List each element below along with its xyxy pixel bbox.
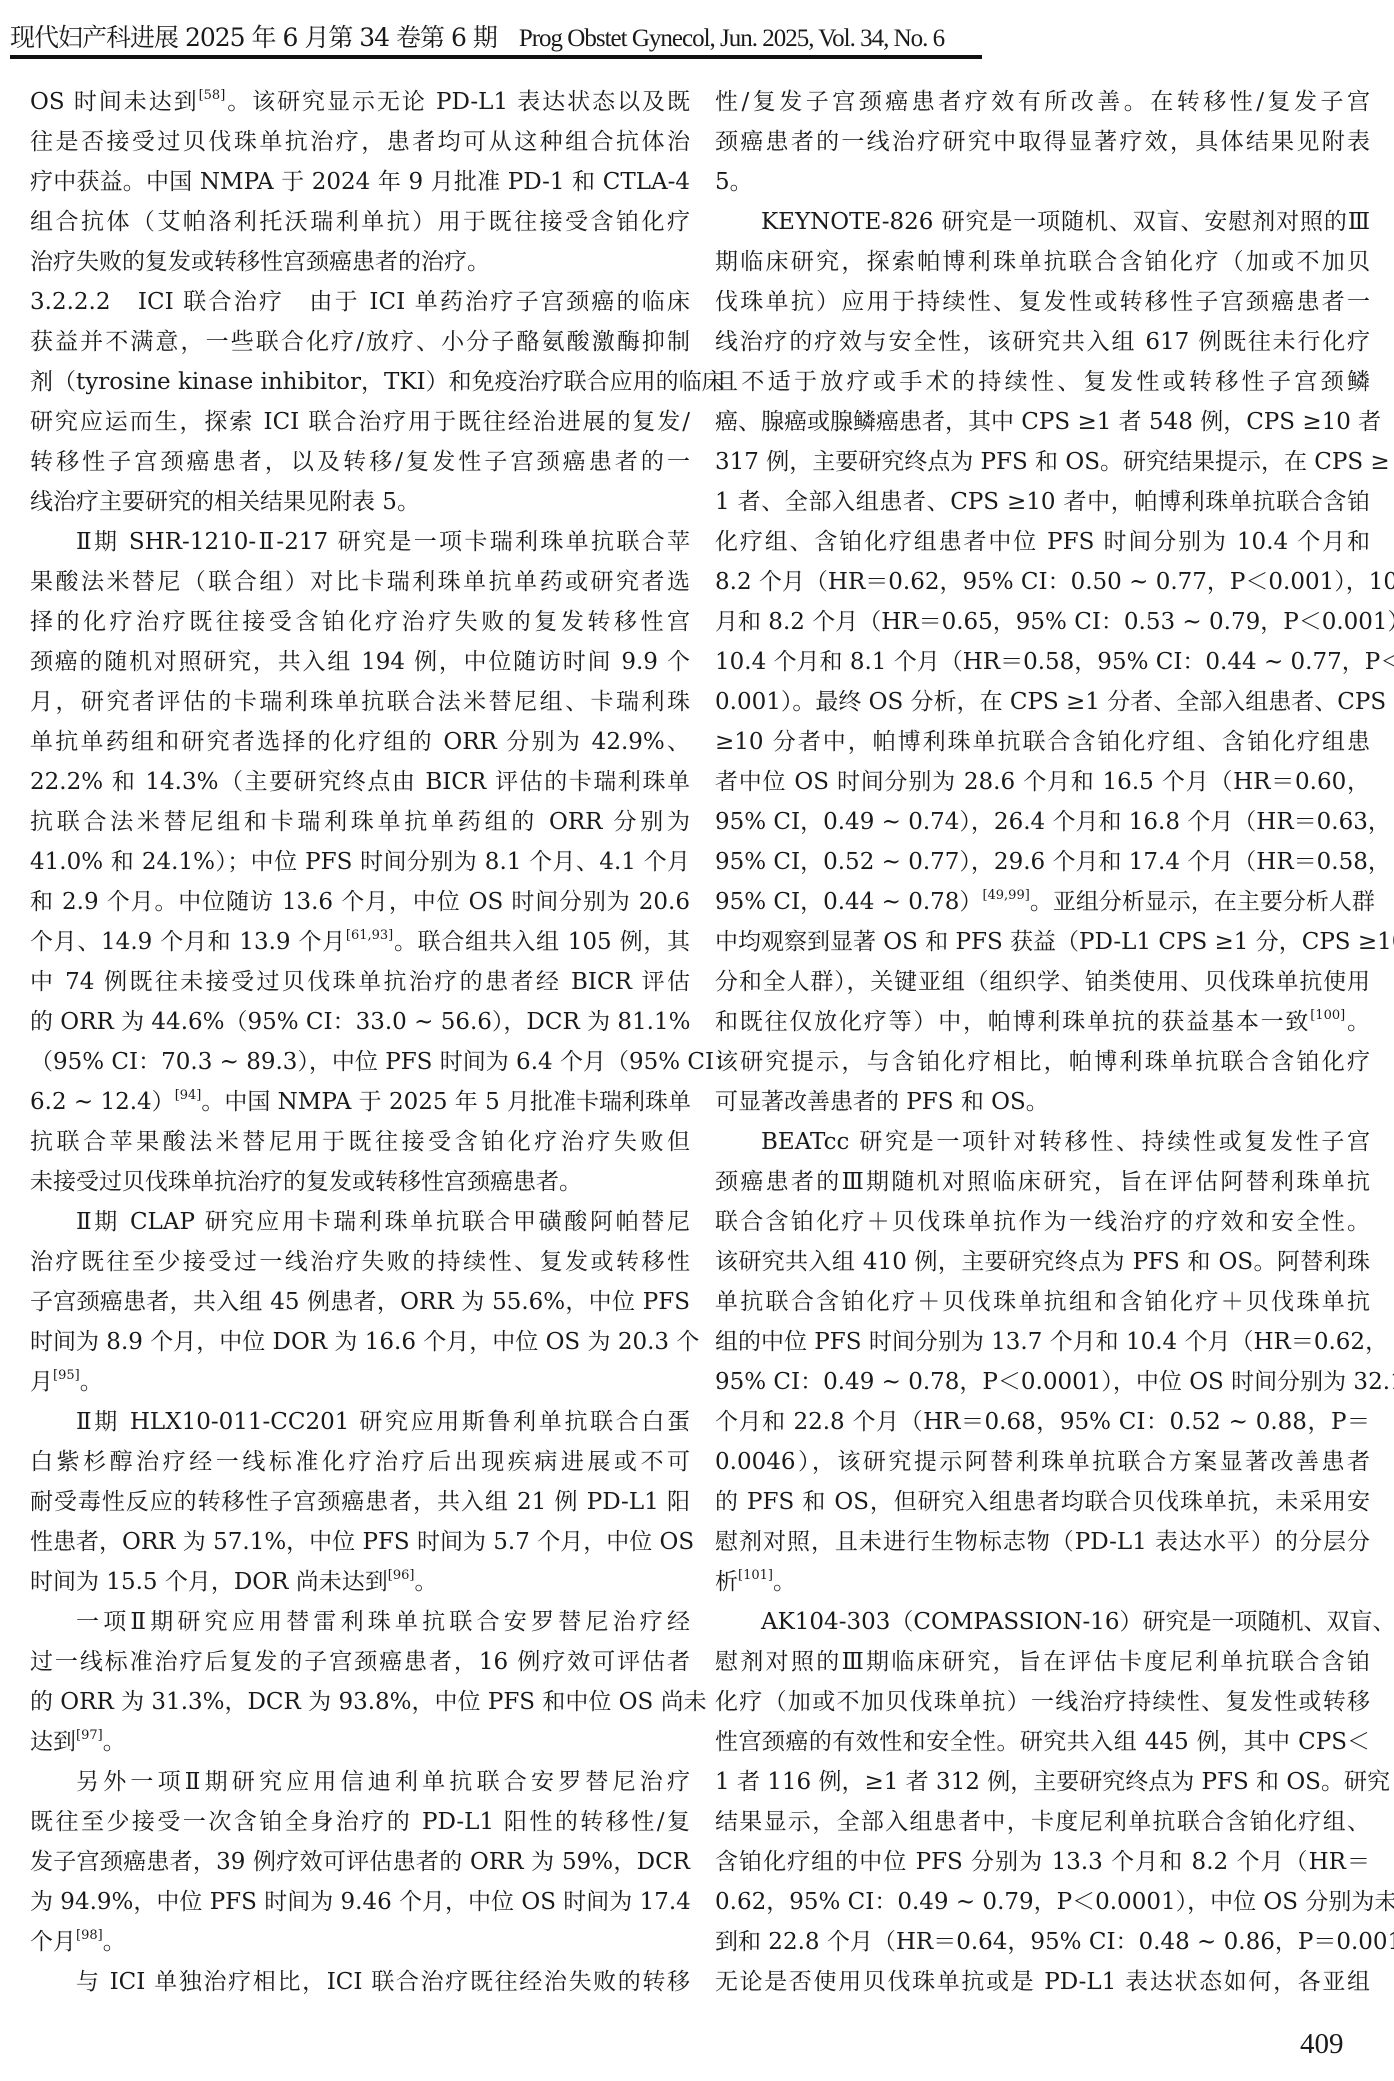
text-line: 研究应运而生，探索 ICI 联合治疗用于既往经治进展的复发/ <box>30 402 690 442</box>
line-text: 颈癌患者的一线治疗研究中取得显著疗效，具体结果见附表 <box>715 129 1370 155</box>
line-text: 95% CI：0.49 ~ 0.78，P＜0.0001），中位 OS 时间分别为… <box>715 1369 1394 1395</box>
text-line: KEYNOTE-826 研究是一项随机、双盲、安慰剂对照的Ⅲ <box>715 202 1370 242</box>
journal-title-en: Prog Obstet Gynecol, Jun. 2025, Vol. 34,… <box>519 25 944 52</box>
line-text: 5。 <box>715 169 753 195</box>
text-line: 的 PFS 和 OS，但研究入组患者均联合贝伐珠单抗，未采用安 <box>715 1482 1370 1522</box>
line-text: 线治疗的疗效与安全性，该研究共入组 617 例既往未行化疗 <box>715 329 1370 355</box>
text-line: 慰剂对照，且未进行生物标志物（PD-L1 表达水平）的分层分 <box>715 1522 1370 1562</box>
text-line: 时间为 15.5 个月，DOR 尚未达到[96]。 <box>30 1562 690 1602</box>
text-line: 抗联合法米替尼组和卡瑞利珠单抗单药组的 ORR 分别为 <box>30 802 690 842</box>
text-line: 达到[97]。 <box>30 1722 690 1762</box>
line-text: 性宫颈癌的有效性和安全性。研究共入组 445 例，其中 CPS＜ <box>715 1729 1370 1755</box>
text-line: 无论是否使用贝伐珠单抗或是 PD-L1 表达状态如何，各亚组 <box>715 1962 1370 2002</box>
line-text: 时间为 15.5 个月，DOR 尚未达到 <box>30 1569 388 1595</box>
line-text: 中均观察到显著 OS 和 PFS 获益（PD-L1 CPS ≥1 分，CPS ≥… <box>715 929 1394 955</box>
text-line: 治疗既往至少接受过一线治疗失败的持续性、复发或转移性 <box>30 1242 690 1282</box>
page-number: 409 <box>1300 2028 1344 2061</box>
text-line: 既往至少接受一次含铂全身治疗的 PD-L1 阳性的转移性/复 <box>30 1802 690 1842</box>
text-line: 且不适于放疗或手术的持续性、复发性或转移性子宫颈鳞 <box>715 362 1370 402</box>
line-text: 抗联合法米替尼组和卡瑞利珠单抗单药组的 ORR 分别为 <box>30 809 690 835</box>
text-line: 另外一项Ⅱ期研究应用信迪利单抗联合安罗替尼治疗 <box>30 1762 690 1802</box>
text-line: Ⅱ期 SHR-1210-Ⅱ-217 研究是一项卡瑞利珠单抗联合苹 <box>30 522 690 562</box>
line-text: 颈癌患者的Ⅲ期随机对照临床研究，旨在评估阿替利珠单抗 <box>715 1169 1370 1195</box>
line-text: 中 74 例既往未接受过贝伐珠单抗治疗的患者经 BICR 评估 <box>30 969 690 995</box>
text-line: 和既往仅放化疗等）中，帕博利珠单抗的获益基本一致[100]。 <box>715 1002 1370 1042</box>
text-line: 择的化疗治疗既往接受含铂化疗治疗失败的复发转移性宫 <box>30 602 690 642</box>
line-text: 和 2.9 个月。中位随访 13.6 个月，中位 OS 时间分别为 20.6 <box>30 889 690 915</box>
line-text: 化疗（加或不加贝伐珠单抗）一线治疗持续性、复发性或转移 <box>715 1689 1370 1715</box>
text-line: 的 ORR 为 31.3%，DCR 为 93.8%，中位 PFS 和中位 OS … <box>30 1682 690 1722</box>
line-text-continued: 。联合组共入组 105 例，其 <box>393 929 690 955</box>
line-text: 治疗既往至少接受过一线治疗失败的持续性、复发或转移性 <box>30 1249 690 1275</box>
line-text: 时间为 8.9 个月，中位 DOR 为 16.6 个月，中位 OS 为 20.3… <box>30 1329 699 1355</box>
text-line: 疗中获益。中国 NMPA 于 2024 年 9 月批准 PD-1 和 CTLA-… <box>30 162 690 202</box>
text-line: 单抗联合含铂化疗＋贝伐珠单抗组和含铂化疗＋贝伐珠单抗 <box>715 1282 1370 1322</box>
citation-reference: [97] <box>76 1728 103 1743</box>
text-line: 化疗（加或不加贝伐珠单抗）一线治疗持续性、复发性或转移 <box>715 1682 1370 1722</box>
text-line: 个月和 22.8 个月（HR＝0.68，95% CI：0.52 ~ 0.88，P… <box>715 1402 1370 1442</box>
text-line: 获益并不满意，一些联合化疗/放疗、小分子酪氨酸激酶抑制 <box>30 322 690 362</box>
right-column: 性/复发子宫颈癌患者疗效有所改善。在转移性/复发子宫颈癌患者的一线治疗研究中取得… <box>715 82 1370 2002</box>
text-line: 到和 22.8 个月（HR＝0.64，95% CI：0.48 ~ 0.86，P＝… <box>715 1922 1370 1962</box>
text-line: 过一线标准治疗后复发的子宫颈癌患者，16 例疗效可评估者 <box>30 1642 690 1682</box>
text-line: 往是否接受过贝伐珠单抗治疗，患者均可从这种组合抗体治 <box>30 122 690 162</box>
text-line: 期临床研究，探索帕博利珠单抗联合含铂化疗（加或不加贝 <box>715 242 1370 282</box>
text-line: 单抗单药组和研究者选择的化疗组的 ORR 分别为 42.9%、 <box>30 722 690 762</box>
line-text: BEATcc 研究是一项针对转移性、持续性或复发性子宫 <box>761 1129 1370 1155</box>
line-text: 择的化疗治疗既往接受含铂化疗治疗失败的复发转移性宫 <box>30 609 690 635</box>
text-line: 中 74 例既往未接受过贝伐珠单抗治疗的患者经 BICR 评估 <box>30 962 690 1002</box>
line-text: 慰剂对照，且未进行生物标志物（PD-L1 表达水平）的分层分 <box>715 1529 1370 1555</box>
text-line: 线治疗主要研究的相关结果见附表 5。 <box>30 482 690 522</box>
text-line: 联合含铂化疗＋贝伐珠单抗作为一线治疗的疗效和安全性。 <box>715 1202 1370 1242</box>
journal-title-cn: 现代妇产科进展 2025 年 6 月第 34 卷第 6 期 <box>10 23 497 52</box>
line-text: ≥10 分者中，帕博利珠单抗联合含铂化疗组、含铂化疗组患 <box>715 729 1370 755</box>
text-line: 组合抗体（艾帕洛利托沃瑞利单抗）用于既往接受含铂化疗 <box>30 202 690 242</box>
text-line: 月和 8.2 个月（HR＝0.65，95% CI：0.53 ~ 0.79，P＜0… <box>715 602 1370 642</box>
line-text: 22.2% 和 14.3%（主要研究终点由 BICR 评估的卡瑞利珠单 <box>30 769 690 795</box>
line-text-continued: 。亚组分析显示，在主要分析人群 <box>1030 889 1375 915</box>
text-line: 转移性子宫颈癌患者，以及转移/复发性子宫颈癌患者的一 <box>30 442 690 482</box>
text-line: 41.0% 和 24.1%）；中位 PFS 时间分别为 8.1 个月、4.1 个… <box>30 842 690 882</box>
text-line: 癌、腺癌或腺鳞癌患者，其中 CPS ≥1 者 548 例，CPS ≥10 者 <box>715 402 1370 442</box>
line-text: 既往至少接受一次含铂全身治疗的 PD-L1 阳性的转移性/复 <box>30 1809 690 1835</box>
text-line: 10.4 个月和 8.1 个月（HR＝0.58，95% CI：0.44 ~ 0.… <box>715 642 1370 682</box>
line-text-continued: 。 <box>1345 1009 1370 1035</box>
line-text: 子宫颈癌患者，共入组 45 例患者，ORR 为 55.6%，中位 PFS <box>30 1289 690 1315</box>
running-header: 现代妇产科进展 2025 年 6 月第 34 卷第 6 期Prog Obstet… <box>10 22 982 54</box>
line-text: 的 PFS 和 OS，但研究入组患者均联合贝伐珠单抗，未采用安 <box>715 1489 1370 1515</box>
line-text: OS 时间未达到 <box>30 89 199 115</box>
line-text: 单抗联合含铂化疗＋贝伐珠单抗组和含铂化疗＋贝伐珠单抗 <box>715 1289 1370 1315</box>
line-text: 含铂化疗组的中位 PFS 分别为 13.3 个月和 8.2 个月（HR＝ <box>715 1849 1370 1875</box>
line-text: 耐受毒性反应的转移性子宫颈癌患者，共入组 21 例 PD-L1 阳 <box>30 1489 690 1515</box>
line-text: 分和全人群），关键亚组（组织学、铂类使用、贝伐珠单抗使用 <box>715 969 1370 995</box>
line-text: Ⅱ期 HLX10-011-CC201 研究应用斯鲁利单抗联合白蛋 <box>76 1409 690 1435</box>
text-line: 析[101]。 <box>715 1562 1370 1602</box>
text-line: 个月[98]。 <box>30 1922 690 1962</box>
line-text: 95% CI，0.44 ~ 0.78） <box>715 889 982 915</box>
text-line: 性患者，ORR 为 57.1%，中位 PFS 时间为 5.7 个月，中位 OS <box>30 1522 690 1562</box>
citation-reference: [100] <box>1310 1008 1345 1023</box>
line-text: 结果显示，全部入组患者中，卡度尼利单抗联合含铂化疗组、 <box>715 1809 1370 1835</box>
citation-reference: [94] <box>175 1088 202 1103</box>
line-text: （95% CI：70.3 ~ 89.3），中位 PFS 时间为 6.4 个月（9… <box>30 1049 737 1075</box>
text-line: 化疗组、含铂化疗组患者中位 PFS 时间分别为 10.4 个月和 <box>715 522 1370 562</box>
line-text: 慰剂对照的Ⅲ期临床研究，旨在评估卡度尼利单抗联合含铂 <box>715 1649 1370 1675</box>
line-text: 未接受过贝伐珠单抗治疗的复发或转移性宫颈癌患者。 <box>30 1169 582 1195</box>
text-line: Ⅱ期 HLX10-011-CC201 研究应用斯鲁利单抗联合白蛋 <box>30 1402 690 1442</box>
text-line: 月[95]。 <box>30 1362 690 1402</box>
line-text: AK104-303（COMPASSION-16）研究是一项随机、双盲、安 <box>761 1609 1394 1635</box>
text-line: 95% CI，0.52 ~ 0.77），29.6 个月和 17.4 个月（HR＝… <box>715 842 1370 882</box>
line-text: Ⅱ期 SHR-1210-Ⅱ-217 研究是一项卡瑞利珠单抗联合苹 <box>76 529 690 555</box>
text-line: 95% CI：0.49 ~ 0.78，P＜0.0001），中位 OS 时间分别为… <box>715 1362 1370 1402</box>
text-line: 果酸法米替尼（联合组）对比卡瑞利珠单抗单药或研究者选 <box>30 562 690 602</box>
citation-reference: [96] <box>388 1568 415 1583</box>
text-line: 22.2% 和 14.3%（主要研究终点由 BICR 评估的卡瑞利珠单 <box>30 762 690 802</box>
text-line: 分和全人群），关键亚组（组织学、铂类使用、贝伐珠单抗使用 <box>715 962 1370 1002</box>
line-text: 0.001）。最终 OS 分析，在 CPS ≥1 分者、全部入组患者、CPS <box>715 689 1386 715</box>
line-text: 研究应运而生，探索 ICI 联合治疗用于既往经治进展的复发/ <box>30 409 690 435</box>
citation-reference: [49,99] <box>982 888 1029 903</box>
line-text: 剂（tyrosine kinase inhibitor，TKI）和免疫治疗联合应… <box>30 369 725 395</box>
line-text: 个月 <box>30 1929 76 1955</box>
text-line: 颈癌患者的一线治疗研究中取得显著疗效，具体结果见附表 <box>715 122 1370 162</box>
text-line: 的 ORR 为 44.6%（95% CI：33.0 ~ 56.6），DCR 为 … <box>30 1002 690 1042</box>
text-line: 该研究共入组 410 例，主要研究终点为 PFS 和 OS。阿替利珠 <box>715 1242 1370 1282</box>
line-text: 达到 <box>30 1729 76 1755</box>
citation-reference: [58] <box>199 88 226 103</box>
line-text: 发子宫颈癌患者，39 例疗效可评估患者的 ORR 为 59%，DCR <box>30 1849 690 1875</box>
citation-reference: [98] <box>76 1928 103 1943</box>
text-line: 95% CI，0.44 ~ 0.78）[49,99]。亚组分析显示，在主要分析人… <box>715 882 1370 922</box>
header-rule <box>10 55 982 59</box>
line-text: 0.62，95% CI：0.49 ~ 0.79，P＜0.0001），中位 OS … <box>715 1889 1394 1915</box>
line-text: 一项Ⅱ期研究应用替雷利珠单抗联合安罗替尼治疗经 <box>76 1609 690 1635</box>
text-line: 中均观察到显著 OS 和 PFS 获益（PD-L1 CPS ≥1 分，CPS ≥… <box>715 922 1370 962</box>
line-text: 10.4 个月和 8.1 个月（HR＝0.58，95% CI：0.44 ~ 0.… <box>715 649 1394 675</box>
line-text: 颈癌的随机对照研究，共入组 194 例，中位随访时间 9.9 个 <box>30 649 690 675</box>
line-text: 性/复发子宫颈癌患者疗效有所改善。在转移性/复发子宫 <box>715 89 1370 115</box>
line-text: 组合抗体（艾帕洛利托沃瑞利单抗）用于既往接受含铂化疗 <box>30 209 690 235</box>
line-text: 95% CI，0.49 ~ 0.74），26.4 个月和 16.8 个月（HR＝… <box>715 809 1391 835</box>
text-line: 者中位 OS 时间分别为 28.6 个月和 16.5 个月（HR＝0.60， <box>715 762 1370 802</box>
line-text: 且不适于放疗或手术的持续性、复发性或转移性子宫颈鳞 <box>715 369 1370 395</box>
line-text: 该研究提示，与含铂化疗相比，帕博利珠单抗联合含铂化疗 <box>715 1049 1370 1075</box>
line-text: 往是否接受过贝伐珠单抗治疗，患者均可从这种组合抗体治 <box>30 129 690 155</box>
line-text: 个月和 22.8 个月（HR＝0.68，95% CI：0.52 ~ 0.88，P… <box>715 1409 1370 1435</box>
text-line: 未接受过贝伐珠单抗治疗的复发或转移性宫颈癌患者。 <box>30 1162 690 1202</box>
text-line: 一项Ⅱ期研究应用替雷利珠单抗联合安罗替尼治疗经 <box>30 1602 690 1642</box>
line-text-continued: 。 <box>80 1369 103 1395</box>
text-line: 1 者、全部入组患者、CPS ≥10 者中，帕博利珠单抗联合含铂 <box>715 482 1370 522</box>
text-line: 95% CI，0.49 ~ 0.74），26.4 个月和 16.8 个月（HR＝… <box>715 802 1370 842</box>
text-line: ≥10 分者中，帕博利珠单抗联合含铂化疗组、含铂化疗组患 <box>715 722 1370 762</box>
line-text: 析 <box>715 1569 738 1595</box>
line-text: 月，研究者评估的卡瑞利珠单抗联合法米替尼组、卡瑞利珠 <box>30 689 690 715</box>
text-line: 慰剂对照的Ⅲ期临床研究，旨在评估卡度尼利单抗联合含铂 <box>715 1642 1370 1682</box>
text-line: 该研究提示，与含铂化疗相比，帕博利珠单抗联合含铂化疗 <box>715 1042 1370 1082</box>
text-line: 伐珠单抗）应用于持续性、复发性或转移性子宫颈癌患者一 <box>715 282 1370 322</box>
text-line: 月，研究者评估的卡瑞利珠单抗联合法米替尼组、卡瑞利珠 <box>30 682 690 722</box>
line-text: 癌、腺癌或腺鳞癌患者，其中 CPS ≥1 者 548 例，CPS ≥10 者 <box>715 409 1381 435</box>
text-line: Ⅱ期 CLAP 研究应用卡瑞利珠单抗联合甲磺酸阿帕替尼 <box>30 1202 690 1242</box>
line-text: 伐珠单抗）应用于持续性、复发性或转移性子宫颈癌患者一 <box>715 289 1370 315</box>
text-line: 耐受毒性反应的转移性子宫颈癌患者，共入组 21 例 PD-L1 阳 <box>30 1482 690 1522</box>
text-line: 6.2 ~ 12.4）[94]。中国 NMPA 于 2025 年 5 月批准卡瑞… <box>30 1082 690 1122</box>
line-text: Ⅱ期 CLAP 研究应用卡瑞利珠单抗联合甲磺酸阿帕替尼 <box>76 1209 690 1235</box>
text-line: AK104-303（COMPASSION-16）研究是一项随机、双盲、安 <box>715 1602 1370 1642</box>
citation-reference: [61,93] <box>346 928 393 943</box>
line-text: 95% CI，0.52 ~ 0.77），29.6 个月和 17.4 个月（HR＝… <box>715 849 1391 875</box>
line-text-continued: 。该研究显示无论 PD-L1 表达状态以及既 <box>225 89 690 115</box>
line-text: 和既往仅放化疗等）中，帕博利珠单抗的获益基本一致 <box>715 1009 1310 1035</box>
text-line: 子宫颈癌患者，共入组 45 例患者，ORR 为 55.6%，中位 PFS <box>30 1282 690 1322</box>
line-text: 0.0046），该研究提示阿替利珠单抗联合方案显著改善患者 <box>715 1449 1370 1475</box>
text-line: 发子宫颈癌患者，39 例疗效可评估患者的 ORR 为 59%，DCR <box>30 1842 690 1882</box>
line-text: 3.2.2.2 ICI 联合治疗 由于 ICI 单药治疗子宫颈癌的临床 <box>30 289 690 315</box>
text-line: 治疗失败的复发或转移性宫颈癌患者的治疗。 <box>30 242 690 282</box>
line-text: 个月、14.9 个月和 13.9 个月 <box>30 929 346 955</box>
text-line: 结果显示，全部入组患者中，卡度尼利单抗联合含铂化疗组、 <box>715 1802 1370 1842</box>
line-text-continued: 。 <box>414 1569 437 1595</box>
text-line: 与 ICI 单独治疗相比，ICI 联合治疗既往经治失败的转移 <box>30 1962 690 2002</box>
line-text: 8.2 个月（HR＝0.62，95% CI：0.50 ~ 0.77，P＜0.00… <box>715 569 1394 595</box>
text-line: 抗联合苹果酸法米替尼用于既往接受含铂化疗治疗失败但 <box>30 1122 690 1162</box>
text-line: 0.0046），该研究提示阿替利珠单抗联合方案显著改善患者 <box>715 1442 1370 1482</box>
line-text: 获益并不满意，一些联合化疗/放疗、小分子酪氨酸激酶抑制 <box>30 329 690 355</box>
line-text: 6.2 ~ 12.4） <box>30 1089 175 1115</box>
line-text: 转移性子宫颈癌患者，以及转移/复发性子宫颈癌患者的一 <box>30 449 690 475</box>
line-text-continued: 。 <box>103 1929 126 1955</box>
line-text: 疗中获益。中国 NMPA 于 2024 年 9 月批准 PD-1 和 CTLA-… <box>30 169 690 195</box>
text-line: 1 者 116 例，≥1 者 312 例，主要研究终点为 PFS 和 OS。研究 <box>715 1762 1370 1802</box>
citation-reference: [95] <box>53 1368 80 1383</box>
line-text: 的 ORR 为 31.3%，DCR 为 93.8%，中位 PFS 和中位 OS … <box>30 1689 707 1715</box>
text-line: 含铂化疗组的中位 PFS 分别为 13.3 个月和 8.2 个月（HR＝ <box>715 1842 1370 1882</box>
text-line: 性宫颈癌的有效性和安全性。研究共入组 445 例，其中 CPS＜ <box>715 1722 1370 1762</box>
text-line: 8.2 个月（HR＝0.62，95% CI：0.50 ~ 0.77，P＜0.00… <box>715 562 1370 602</box>
line-text: 白紫杉醇治疗经一线标准化疗治疗后出现疾病进展或不可 <box>30 1449 690 1475</box>
line-text: 单抗单药组和研究者选择的化疗组的 ORR 分别为 42.9%、 <box>30 729 690 755</box>
line-text-continued: 。 <box>103 1729 126 1755</box>
line-text: 性患者，ORR 为 57.1%，中位 PFS 时间为 5.7 个月，中位 OS <box>30 1529 694 1555</box>
line-text: 到和 22.8 个月（HR＝0.64，95% CI：0.48 ~ 0.86，P＝… <box>715 1929 1394 1955</box>
line-text: 41.0% 和 24.1%）；中位 PFS 时间分别为 8.1 个月、4.1 个… <box>30 849 690 875</box>
text-line: 可显著改善患者的 PFS 和 OS。 <box>715 1082 1370 1122</box>
line-text: 果酸法米替尼（联合组）对比卡瑞利珠单抗单药或研究者选 <box>30 569 690 595</box>
line-text: 期临床研究，探索帕博利珠单抗联合含铂化疗（加或不加贝 <box>715 249 1370 275</box>
citation-reference: [101] <box>738 1568 773 1583</box>
text-line: 时间为 8.9 个月，中位 DOR 为 16.6 个月，中位 OS 为 20.3… <box>30 1322 690 1362</box>
line-text: 另外一项Ⅱ期研究应用信迪利单抗联合安罗替尼治疗 <box>76 1769 690 1795</box>
text-line: 和 2.9 个月。中位随访 13.6 个月，中位 OS 时间分别为 20.6 <box>30 882 690 922</box>
text-line: 0.62，95% CI：0.49 ~ 0.79，P＜0.0001），中位 OS … <box>715 1882 1370 1922</box>
line-text: 1 者 116 例，≥1 者 312 例，主要研究终点为 PFS 和 OS。研究 <box>715 1769 1390 1795</box>
text-line: 组的中位 PFS 时间分别为 13.7 个月和 10.4 个月（HR＝0.62， <box>715 1322 1370 1362</box>
line-text: 线治疗主要研究的相关结果见附表 5。 <box>30 489 420 515</box>
line-text: 化疗组、含铂化疗组患者中位 PFS 时间分别为 10.4 个月和 <box>715 529 1370 555</box>
line-text: 抗联合苹果酸法米替尼用于既往接受含铂化疗治疗失败但 <box>30 1129 690 1155</box>
section-heading-line: 3.2.2.2 ICI 联合治疗 由于 ICI 单药治疗子宫颈癌的临床 <box>30 282 690 322</box>
text-line: 为 94.9%，中位 PFS 时间为 9.46 个月，中位 OS 时间为 17.… <box>30 1882 690 1922</box>
text-line: 个月、14.9 个月和 13.9 个月[61,93]。联合组共入组 105 例，… <box>30 922 690 962</box>
text-line: 0.001）。最终 OS 分析，在 CPS ≥1 分者、全部入组患者、CPS <box>715 682 1370 722</box>
line-text: 的 ORR 为 44.6%（95% CI：33.0 ~ 56.6），DCR 为 … <box>30 1009 690 1035</box>
line-text: 联合含铂化疗＋贝伐珠单抗作为一线治疗的疗效和安全性。 <box>715 1209 1370 1235</box>
line-text: 治疗失败的复发或转移性宫颈癌患者的治疗。 <box>30 249 490 275</box>
text-line: （95% CI：70.3 ~ 89.3），中位 PFS 时间为 6.4 个月（9… <box>30 1042 690 1082</box>
line-text: 1 者、全部入组患者、CPS ≥10 者中，帕博利珠单抗联合含铂 <box>715 489 1370 515</box>
line-text: 月和 8.2 个月（HR＝0.65，95% CI：0.53 ~ 0.79，P＜0… <box>715 609 1394 635</box>
text-line: 颈癌的随机对照研究，共入组 194 例，中位随访时间 9.9 个 <box>30 642 690 682</box>
text-line: 颈癌患者的Ⅲ期随机对照临床研究，旨在评估阿替利珠单抗 <box>715 1162 1370 1202</box>
line-text: 组的中位 PFS 时间分别为 13.7 个月和 10.4 个月（HR＝0.62， <box>715 1329 1388 1355</box>
line-text: 月 <box>30 1369 53 1395</box>
line-text: 无论是否使用贝伐珠单抗或是 PD-L1 表达状态如何，各亚组 <box>715 1969 1370 1995</box>
text-line: BEATcc 研究是一项针对转移性、持续性或复发性子宫 <box>715 1122 1370 1162</box>
text-line: 5。 <box>715 162 1370 202</box>
line-text: 为 94.9%，中位 PFS 时间为 9.46 个月，中位 OS 时间为 17.… <box>30 1889 691 1915</box>
line-text: 317 例，主要研究终点为 PFS 和 OS。研究结果提示，在 CPS ≥ <box>715 449 1390 475</box>
line-text: 该研究共入组 410 例，主要研究终点为 PFS 和 OS。阿替利珠 <box>715 1249 1370 1275</box>
text-line: 线治疗的疗效与安全性，该研究共入组 617 例既往未行化疗 <box>715 322 1370 362</box>
line-text-continued: 。中国 NMPA 于 2025 年 5 月批准卡瑞利珠单 <box>201 1089 691 1115</box>
text-line: 剂（tyrosine kinase inhibitor，TKI）和免疫治疗联合应… <box>30 362 690 402</box>
text-line: OS 时间未达到[58]。该研究显示无论 PD-L1 表达状态以及既 <box>30 82 690 122</box>
line-text: 过一线标准治疗后复发的子宫颈癌患者，16 例疗效可评估者 <box>30 1649 690 1675</box>
text-line: 白紫杉醇治疗经一线标准化疗治疗后出现疾病进展或不可 <box>30 1442 690 1482</box>
line-text: 可显著改善患者的 PFS 和 OS。 <box>715 1089 1049 1115</box>
line-text: KEYNOTE-826 研究是一项随机、双盲、安慰剂对照的Ⅲ <box>761 209 1370 235</box>
left-column: OS 时间未达到[58]。该研究显示无论 PD-L1 表达状态以及既往是否接受过… <box>30 82 690 2002</box>
text-line: 性/复发子宫颈癌患者疗效有所改善。在转移性/复发子宫 <box>715 82 1370 122</box>
line-text-continued: 。 <box>773 1569 796 1595</box>
line-text: 与 ICI 单独治疗相比，ICI 联合治疗既往经治失败的转移 <box>76 1969 690 1995</box>
line-text: 者中位 OS 时间分别为 28.6 个月和 16.5 个月（HR＝0.60， <box>715 769 1370 795</box>
text-line: 317 例，主要研究终点为 PFS 和 OS。研究结果提示，在 CPS ≥ <box>715 442 1370 482</box>
